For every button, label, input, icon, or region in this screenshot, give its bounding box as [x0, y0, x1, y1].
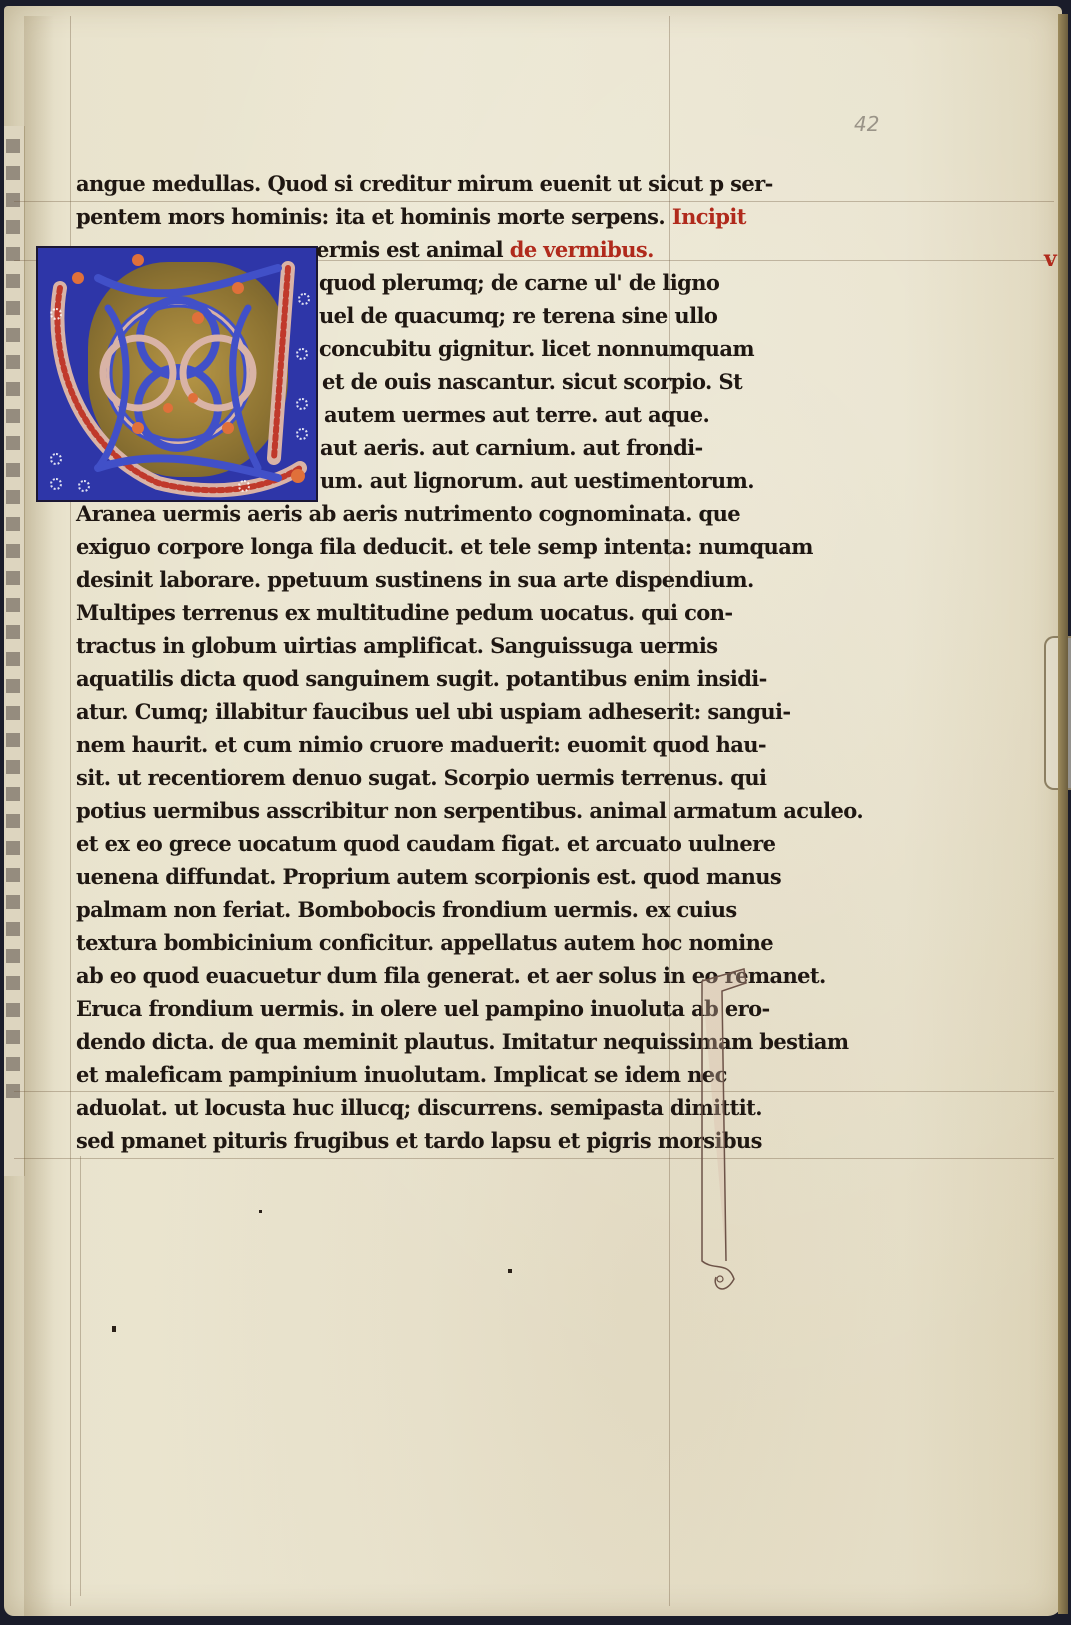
ruling-bottom-2 [14, 1158, 1054, 1159]
illuminated-initial [36, 246, 318, 502]
text-line: concubitu gignitur. licet nonnumquam [319, 335, 754, 363]
text-line: nem haurit. et cum nimio cruore maduerit… [76, 731, 766, 759]
pricking-mark [259, 1210, 262, 1213]
text-line: textura bombicinium conficitur. appellat… [76, 929, 773, 957]
text-line: Multipes terrenus ex multitudine pedum u… [76, 599, 733, 627]
text-line: tractus in globum uirtias amplificat. Sa… [76, 632, 718, 660]
text-line: aduolat. ut locusta huc illucq; discurre… [76, 1094, 762, 1122]
page-edge [1058, 14, 1068, 1614]
text-line: et de ouis nascantur. sicut scorpio. St [322, 368, 742, 396]
text-line: et maleficam pampinium inuolutam. Implic… [76, 1061, 727, 1089]
interlace-knotwork-icon [38, 248, 318, 502]
text-line: aquatilis dicta quod sanguinem sugit. po… [76, 665, 767, 693]
rubric-incipit: Incipit [672, 204, 746, 229]
text-line: potius uermibus asscribitur non serpenti… [76, 797, 863, 825]
text-line: autem uermes aut terre. aut aque. [324, 401, 709, 429]
text-line: Eruca frondium uermis. in olere uel pamp… [76, 995, 770, 1023]
unfinished-initial-sketch-icon [694, 961, 774, 1301]
ruling-bottom [14, 1091, 1054, 1092]
text-line: uel de quacumq; re terena sine ullo [319, 302, 717, 330]
text-line: angue medullas. Quod si creditur mirum e… [76, 170, 773, 198]
text-line: et ex eo grece uocatum quod caudam figat… [76, 830, 775, 858]
text-line: sit. ut recentiorem denuo sugat. Scorpio… [76, 764, 766, 792]
text-line: uenena diffundat. Proprium autem scorpio… [76, 863, 781, 891]
ruling-top [14, 201, 1054, 202]
text-line: pentem mors hominis: ita et hominis mort… [76, 203, 746, 231]
pricking-mark [508, 1269, 512, 1273]
margin-rubric-mark: v [1044, 246, 1057, 272]
ruling-far-left [80, 1156, 81, 1596]
text-line: desinit laborare. ppetuum sustinens in s… [76, 566, 754, 594]
text-line: ermis est animal de vermibus. [316, 236, 654, 264]
folio-number: 42 [854, 112, 879, 136]
text-line: atur. Cumq; illabitur faucibus uel ubi u… [76, 698, 790, 726]
manuscript-page: 42 v [4, 6, 1062, 1616]
text-line: sed pmanet pituris frugibus et tardo lap… [76, 1127, 762, 1155]
text-line: palmam non feriat. Bombobocis frondium u… [76, 896, 737, 924]
text-line: exiguo corpore longa fila deducit. et te… [76, 533, 813, 561]
rubric-heading: de vermibus. [510, 237, 654, 262]
text-line: um. aut lignorum. aut uestimentorum. [320, 467, 754, 495]
pricking-mark [112, 1326, 116, 1332]
previous-page-edge [4, 126, 25, 1176]
text-line: quod plerumq; de carne ul' de ligno [319, 269, 719, 297]
text-line: Aranea uermis aeris ab aeris nutrimento … [76, 500, 740, 528]
text-line: aut aeris. aut carnium. aut frondi- [320, 434, 703, 462]
